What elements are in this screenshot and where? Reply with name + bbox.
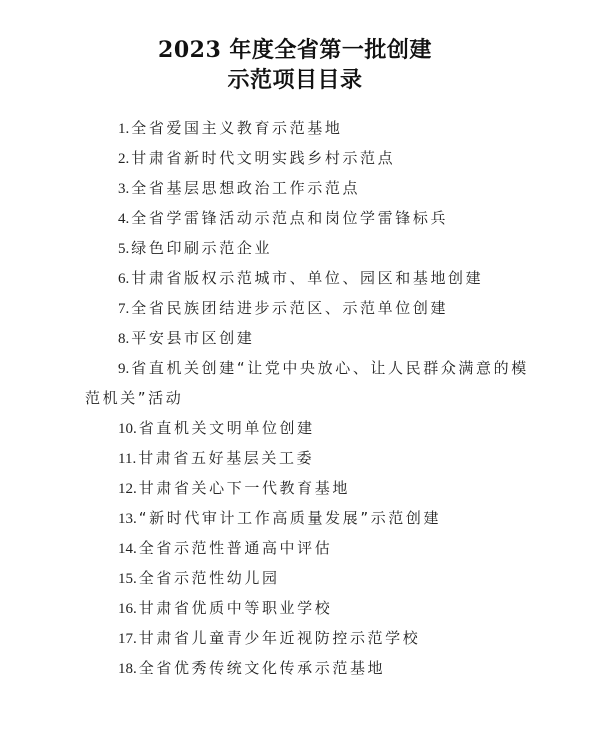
list-item: 6.甘肃省版权示范城市、单位、园区和基地创建 xyxy=(118,268,483,289)
item-number: 5. xyxy=(118,241,129,257)
list-item: 13.“新时代审计工作高质量发展”示范创建 xyxy=(118,508,441,529)
list-item: 17.甘肃省儿童青少年近视防控示范学校 xyxy=(118,628,420,649)
item-text: 省直机关创建“让党中央放心、让人民群众满意的模 xyxy=(131,359,529,377)
item-text: 全省优秀传统文化传承示范基地 xyxy=(139,659,385,677)
item-number: 2. xyxy=(118,151,129,167)
document-page: 2023 年度全省第一批创建 示范项目目录 1.全省爱国主义教育示范基地 2.甘… xyxy=(0,0,590,732)
item-number: 3. xyxy=(118,181,129,197)
item-number: 8. xyxy=(118,331,129,347)
item-number: 7. xyxy=(118,301,129,317)
item-text: 绿色印刷示范企业 xyxy=(131,239,272,257)
item-number: 6. xyxy=(118,271,129,287)
item-number: 12. xyxy=(118,481,137,497)
list-item: 10.省直机关文明单位创建 xyxy=(118,418,315,439)
document-title-line-1: 2023 年度全省第一批创建 xyxy=(0,36,590,64)
item-number: 1. xyxy=(118,121,129,137)
item-text: 全省爱国主义教育示范基地 xyxy=(131,119,342,137)
item-text: 全省示范性普通高中评估 xyxy=(139,539,333,557)
list-item: 8.平安县市区创建 xyxy=(118,328,254,349)
item-text: 甘肃省优质中等职业学校 xyxy=(139,599,333,617)
item-text: 甘肃省五好基层关工委 xyxy=(138,449,314,467)
list-item: 14.全省示范性普通高中评估 xyxy=(118,538,332,559)
list-item: 12.甘肃省关心下一代教育基地 xyxy=(118,478,350,499)
list-item: 15.全省示范性幼儿园 xyxy=(118,568,280,589)
item-number: 4. xyxy=(118,211,129,227)
item-text: 甘肃省版权示范城市、单位、园区和基地创建 xyxy=(131,269,483,287)
item-text: 全省民族团结进步示范区、示范单位创建 xyxy=(131,299,448,317)
item-text: 省直机关文明单位创建 xyxy=(139,419,315,437)
list-item: 16.甘肃省优质中等职业学校 xyxy=(118,598,332,619)
document-title-line-2: 示范项目目录 xyxy=(0,66,590,94)
list-item: 4.全省学雷锋活动示范点和岗位学雷锋标兵 xyxy=(118,208,448,229)
item-number: 16. xyxy=(118,601,137,617)
list-item: 2.甘肃省新时代文明实践乡村示范点 xyxy=(118,148,395,169)
item-number: 15. xyxy=(118,571,137,587)
list-item: 1.全省爱国主义教育示范基地 xyxy=(118,118,342,139)
item-text: 全省基层思想政治工作示范点 xyxy=(131,179,360,197)
item-number: 9. xyxy=(118,361,129,377)
list-item: 7.全省民族团结进步示范区、示范单位创建 xyxy=(118,298,448,319)
item-number: 14. xyxy=(118,541,137,557)
item-number: 11. xyxy=(118,451,136,467)
list-item: 5.绿色印刷示范企业 xyxy=(118,238,272,259)
item-text: 甘肃省新时代文明实践乡村示范点 xyxy=(131,149,395,167)
list-item: 11.甘肃省五好基层关工委 xyxy=(118,448,314,469)
item-number: 17. xyxy=(118,631,137,647)
item-text: 全省示范性幼儿园 xyxy=(139,569,280,587)
list-item: 3.全省基层思想政治工作示范点 xyxy=(118,178,360,199)
item-text: 平安县市区创建 xyxy=(131,329,254,347)
list-item: 18.全省优秀传统文化传承示范基地 xyxy=(118,658,385,679)
item-text: 甘肃省儿童青少年近视防控示范学校 xyxy=(139,629,421,647)
list-item: 9.省直机关创建“让党中央放心、让人民群众满意的模 xyxy=(118,358,529,379)
item-number: 18. xyxy=(118,661,137,677)
item-text: “新时代审计工作高质量发展”示范创建 xyxy=(139,509,441,527)
list-item-continuation: 范机关”活动 xyxy=(85,388,183,408)
item-number: 13. xyxy=(118,511,137,527)
item-number: 10. xyxy=(118,421,137,437)
item-text: 全省学雷锋活动示范点和岗位学雷锋标兵 xyxy=(131,209,448,227)
item-text: 甘肃省关心下一代教育基地 xyxy=(139,479,350,497)
